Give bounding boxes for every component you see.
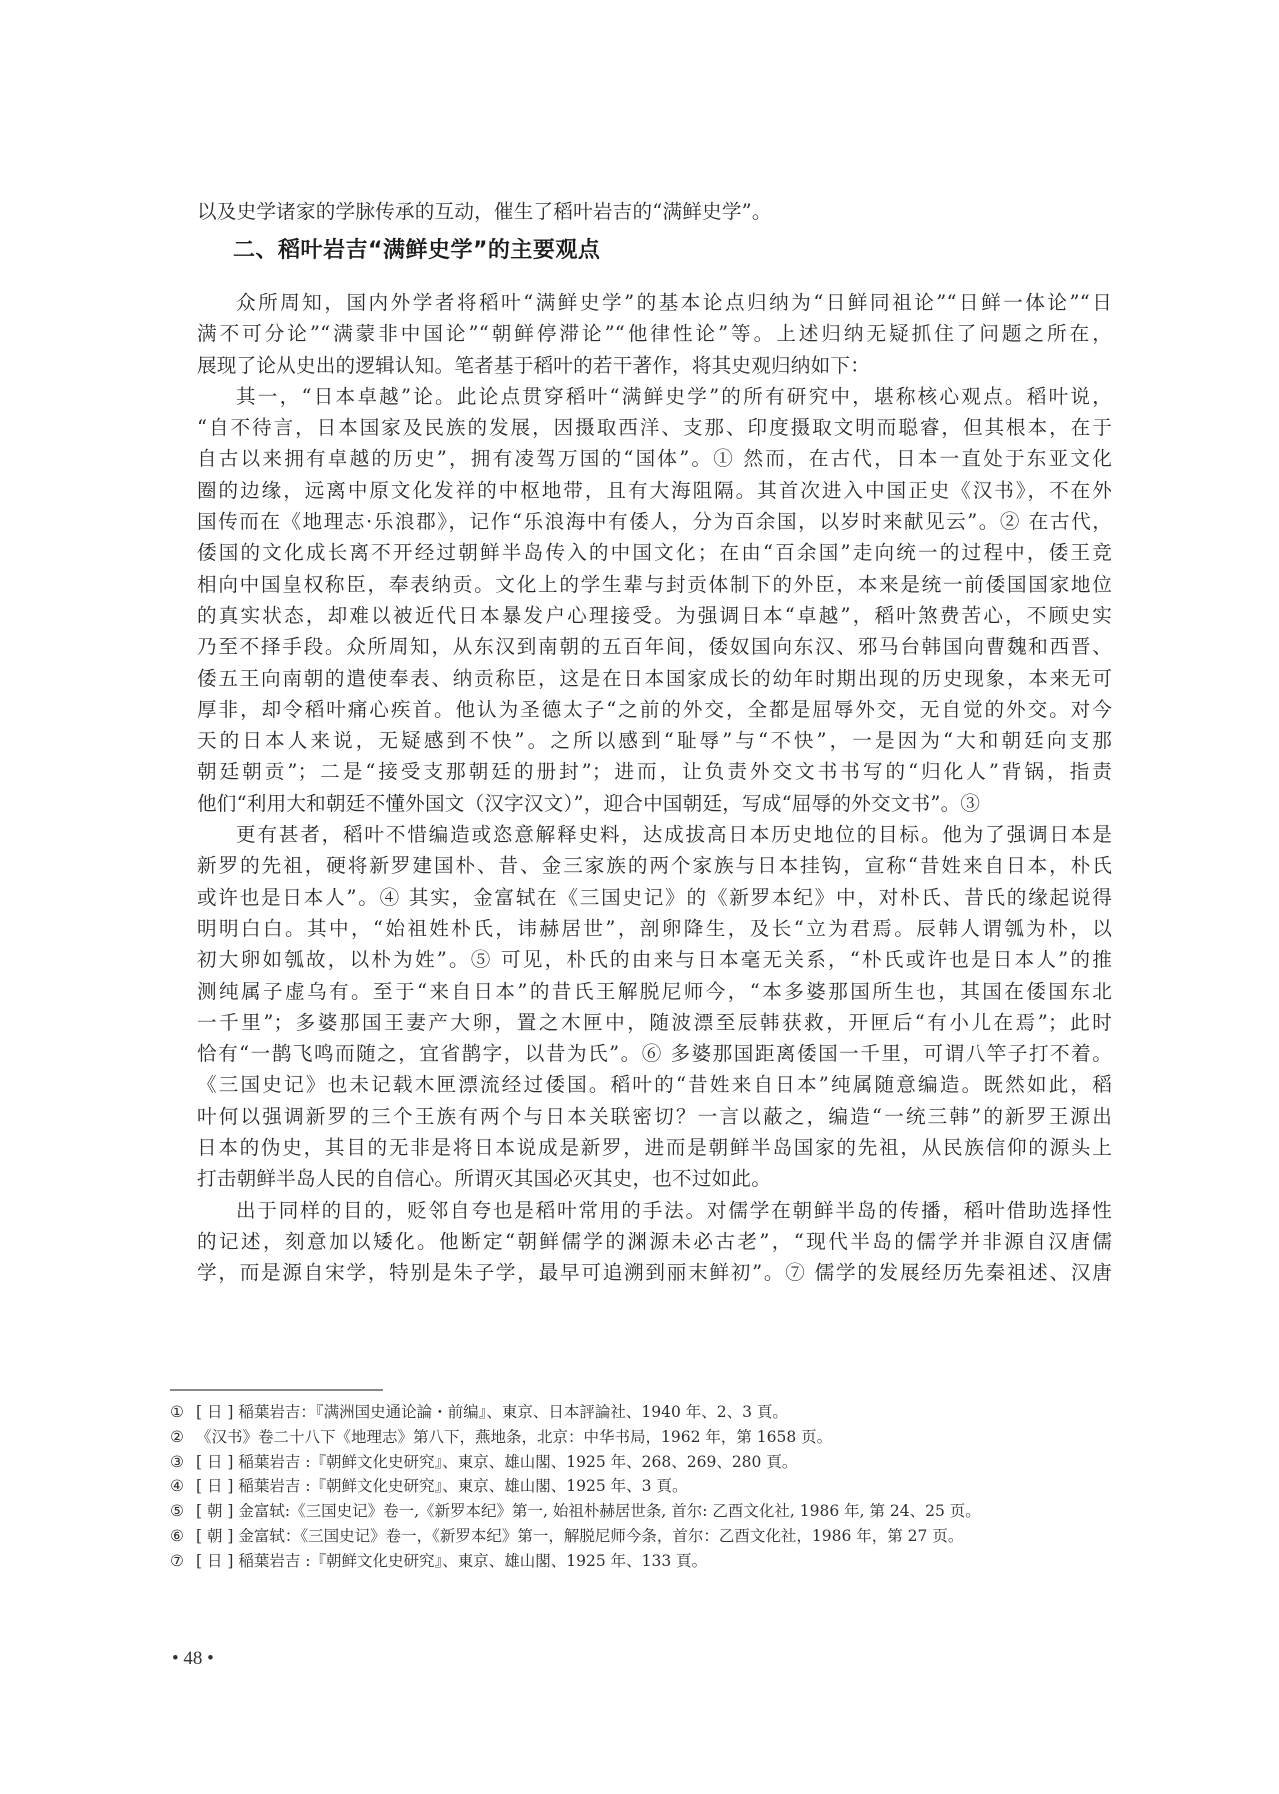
paragraph-1: 众所周知，国内外学者将稻叶“满鲜史学”的基本论点归纳为“日鲜同祖论”“日鲜一体论…	[197, 287, 1112, 381]
text-line: 打击朝鲜半岛人民的自信心。所谓灭其国必灭其史，也不过如此。	[197, 1163, 1112, 1194]
text-line: 自古以来拥有卓越的历史”，拥有凌驾万国的“国体”。① 然而，在古代，日本一直处于…	[197, 443, 1112, 474]
text-line: 的真实状态，却难以被近代日本暴发户心理接受。为强调日本“卓越”，稻叶煞费苦心，不…	[197, 600, 1112, 631]
body-text-top: 以及史学诸家的学脉传承的互动，催生了稻叶岩吉的“满鲜史学”。	[197, 196, 1112, 227]
text-line: 天的日本人来说，无疑感到不快”。之所以感到“耻辱”与“不快”，一是因为“大和朝廷…	[197, 725, 1112, 756]
footnote-item: ⑥[ 朝 ] 金富轼：《三国史记》卷一，《新罗本纪》第一，解脱尼师今条，首尔：乙…	[170, 1524, 1100, 1549]
text-line: 朝廷朝贡”；二是“接受支那朝廷的册封”；进而，让负责外交文书书写的“归化人”背锅…	[197, 756, 1112, 787]
text-line: 倭五王向南朝的遣使奉表、纳贡称臣，这是在日本国家成长的幼年时期出现的历史现象，本…	[197, 663, 1112, 694]
footnote-number: ⑦	[170, 1549, 196, 1574]
footnote-number: ⑥	[170, 1524, 196, 1549]
text-line: 展现了论从史出的逻辑认知。笔者基于稻叶的若干著作，将其史观归纳如下：	[197, 350, 1112, 381]
footnote-item: ②《汉书》卷二十八下《地理志》第八下，燕地条，北京：中华书局，1962 年，第 …	[170, 1425, 1100, 1450]
footnote-number: ④	[170, 1474, 196, 1499]
text-line: 学，而是源自宋学，特别是朱子学，最早可追溯到丽末鲜初”。⑦ 儒学的发展经历先秦祖…	[197, 1257, 1112, 1288]
text-line: 众所周知，国内外学者将稻叶“满鲜史学”的基本论点归纳为“日鲜同祖论”“日鲜一体论…	[197, 287, 1112, 318]
text-line: 恰有“一鹊飞鸣而随之，宜省鹊字，以昔为氏”。⑥ 多婆那国距离倭国一千里，可谓八竿…	[197, 1038, 1112, 1069]
text-line: 日本的伪史，其目的无非是将日本说成是新罗，进而是朝鲜半岛国家的先祖，从民族信仰的…	[197, 1132, 1112, 1163]
footnote-number: ⑤	[170, 1499, 196, 1524]
text-line: 一千里”；多婆那国王妻产大卵，置之木匣中，随波漂至辰韩获救，开匣后“有小儿在焉”…	[197, 1007, 1112, 1038]
footnote-divider	[170, 1389, 383, 1391]
text-line: 《三国史记》也未记载木匣漂流经过倭国。稻叶的“昔姓来自日本”纯属随意编造。既然如…	[197, 1069, 1112, 1100]
text-line: 相向中国皇权称臣，奉表纳贡。文化上的学生辈与封贡体制下的外臣，本来是统一前倭国国…	[197, 569, 1112, 600]
section-heading: 二、稻叶岩吉“满鲜史学”的主要观点	[233, 233, 600, 264]
main-body: 众所周知，国内外学者将稻叶“满鲜史学”的基本论点归纳为“日鲜同祖论”“日鲜一体论…	[197, 287, 1112, 1289]
paragraph-4: 出于同样的目的，贬邻自夸也是稻叶常用的手法。对儒学在朝鲜半岛的传播，稻叶借助选择…	[197, 1195, 1112, 1289]
page-number: • 48 •	[172, 1648, 214, 1670]
text-line: 圈的边缘，远离中原文化发祥的中枢地带，且有大海阻隔。其首次进入中国正史《汉书》，…	[197, 475, 1112, 506]
text-line: 满不可分论”“满蒙非中国论”“朝鲜停滞论”“他律性论”等。上述归纳无疑抓住了问题…	[197, 318, 1112, 349]
footnote-number: ③	[170, 1450, 196, 1475]
text-line: 厚非，却令稻叶痛心疾首。他认为圣德太子“之前的外交，全都是屈辱外交，无自觉的外交…	[197, 694, 1112, 725]
footnote-text: [ 日 ] 稲葉岩吉：『满洲国史通论論・前编』、東京、日本評論社、1940 年、…	[196, 1403, 788, 1421]
paragraph-2: 其一，“日本卓越”论。此论点贯穿稻叶“满鲜史学”的所有研究中，堪称核心观点。稻叶…	[197, 381, 1112, 819]
text-line: 倭国的文化成长离不开经过朝鲜半岛传入的中国文化；在由“百余国”走向统一的过程中，…	[197, 537, 1112, 568]
text-line: 乃至不择手段。众所周知，从东汉到南朝的五百年间，倭奴国向东汉、邪马台韩国向曹魏和…	[197, 631, 1112, 662]
text-line: “自不待言，日本国家及民族的发展，因摄取西洋、支那、印度摄取文明而聪睿，但其根本…	[197, 412, 1112, 443]
text-line: 其一，“日本卓越”论。此论点贯穿稻叶“满鲜史学”的所有研究中，堪称核心观点。稻叶…	[197, 381, 1112, 412]
text-line: 他们“利用大和朝廷不懂外国文（汉字汉文）”，迎合中国朝廷，写成“屈辱的外交文书”…	[197, 788, 1112, 819]
text-line: 国传而在《地理志·乐浪郡》，记作“乐浪海中有倭人，分为百余国，以岁时来献见云”。…	[197, 506, 1112, 537]
footnote-text: [ 日 ] 稲葉岩吉 :『朝鲜文化史研究』、東京、雄山閣、1925 年、133 …	[196, 1552, 707, 1570]
text-line: 新罗的先祖，硬将新罗建国朴、昔、金三家族的两个家族与日本挂钩，宣称“昔姓来自日本…	[197, 850, 1112, 881]
text-line: 初大卵如瓠故，以朴为姓”。⑤ 可见，朴氏的由来与日本毫无关系，“朴氏或许也是日本…	[197, 944, 1112, 975]
document-page: 以及史学诸家的学脉传承的互动，催生了稻叶岩吉的“满鲜史学”。 二、稻叶岩吉“满鲜…	[0, 0, 1279, 1794]
paragraph-3: 更有甚者，稻叶不惜编造或恣意解释史料，达成拔高日本历史地位的目标。他为了强调日本…	[197, 819, 1112, 1195]
text-line: 或许也是日本人”。④ 其实，金富轼在《三国史记》的《新罗本纪》中，对朴氏、昔氏的…	[197, 882, 1112, 913]
text-line: 的记述，刻意加以矮化。他断定“朝鲜儒学的渊源未必古老”，“现代半岛的儒学并非源自…	[197, 1226, 1112, 1257]
footnote-item: ⑤[ 朝 ] 金富轼:《三国史记》卷一,《新罗本纪》第一, 始祖朴赫居世条, 首…	[170, 1499, 1100, 1524]
text-line: 出于同样的目的，贬邻自夸也是稻叶常用的手法。对儒学在朝鲜半岛的传播，稻叶借助选择…	[197, 1195, 1112, 1226]
text-line: 叶何以强调新罗的三个王族有两个与日本关联密切？一言以蔽之，编造“一统三韩”的新罗…	[197, 1101, 1112, 1132]
opening-line: 以及史学诸家的学脉传承的互动，催生了稻叶岩吉的“满鲜史学”。	[197, 196, 1112, 227]
footnote-text: [ 朝 ] 金富轼:《三国史记》卷一,《新罗本纪》第一, 始祖朴赫居世条, 首尔…	[196, 1502, 981, 1520]
footnote-text: [ 日 ] 稲葉岩吉 :『朝鲜文化史研究』、東京、雄山閣、1925 年、268、…	[196, 1453, 797, 1471]
footnote-item: ④[ 日 ] 稲葉岩吉 :『朝鲜文化史研究』、東京、雄山閣、1925 年、3 頁…	[170, 1474, 1100, 1499]
footnote-text: 《汉书》卷二十八下《地理志》第八下，燕地条，北京：中华书局，1962 年，第 1…	[196, 1428, 832, 1446]
footnote-text: [ 朝 ] 金富轼：《三国史记》卷一，《新罗本纪》第一，解脱尼师今条，首尔：乙酉…	[196, 1527, 963, 1545]
footnote-item: ③[ 日 ] 稲葉岩吉 :『朝鲜文化史研究』、東京、雄山閣、1925 年、268…	[170, 1450, 1100, 1475]
footnote-number: ②	[170, 1425, 196, 1450]
text-line: 更有甚者，稻叶不惜编造或恣意解释史料，达成拔高日本历史地位的目标。他为了强调日本…	[197, 819, 1112, 850]
footnote-item: ⑦[ 日 ] 稲葉岩吉 :『朝鲜文化史研究』、東京、雄山閣、1925 年、133…	[170, 1549, 1100, 1574]
footnote-item: ①[ 日 ] 稲葉岩吉：『满洲国史通论論・前编』、東京、日本評論社、1940 年…	[170, 1400, 1100, 1425]
footnote-number: ①	[170, 1400, 196, 1425]
footnote-text: [ 日 ] 稲葉岩吉 :『朝鲜文化史研究』、東京、雄山閣、1925 年、3 頁。	[196, 1477, 687, 1495]
text-line: 测纯属子虚乌有。至于“来自日本”的昔氏王解脱尼师今，“本多婆那国所生也，其国在倭…	[197, 976, 1112, 1007]
footnotes: ①[ 日 ] 稲葉岩吉：『满洲国史通论論・前编』、東京、日本評論社、1940 年…	[170, 1400, 1100, 1574]
text-line: 明明白白。其中，“始祖姓朴氏，讳赫居世”，剖卵降生，及长“立为君焉。辰韩人谓瓠为…	[197, 913, 1112, 944]
